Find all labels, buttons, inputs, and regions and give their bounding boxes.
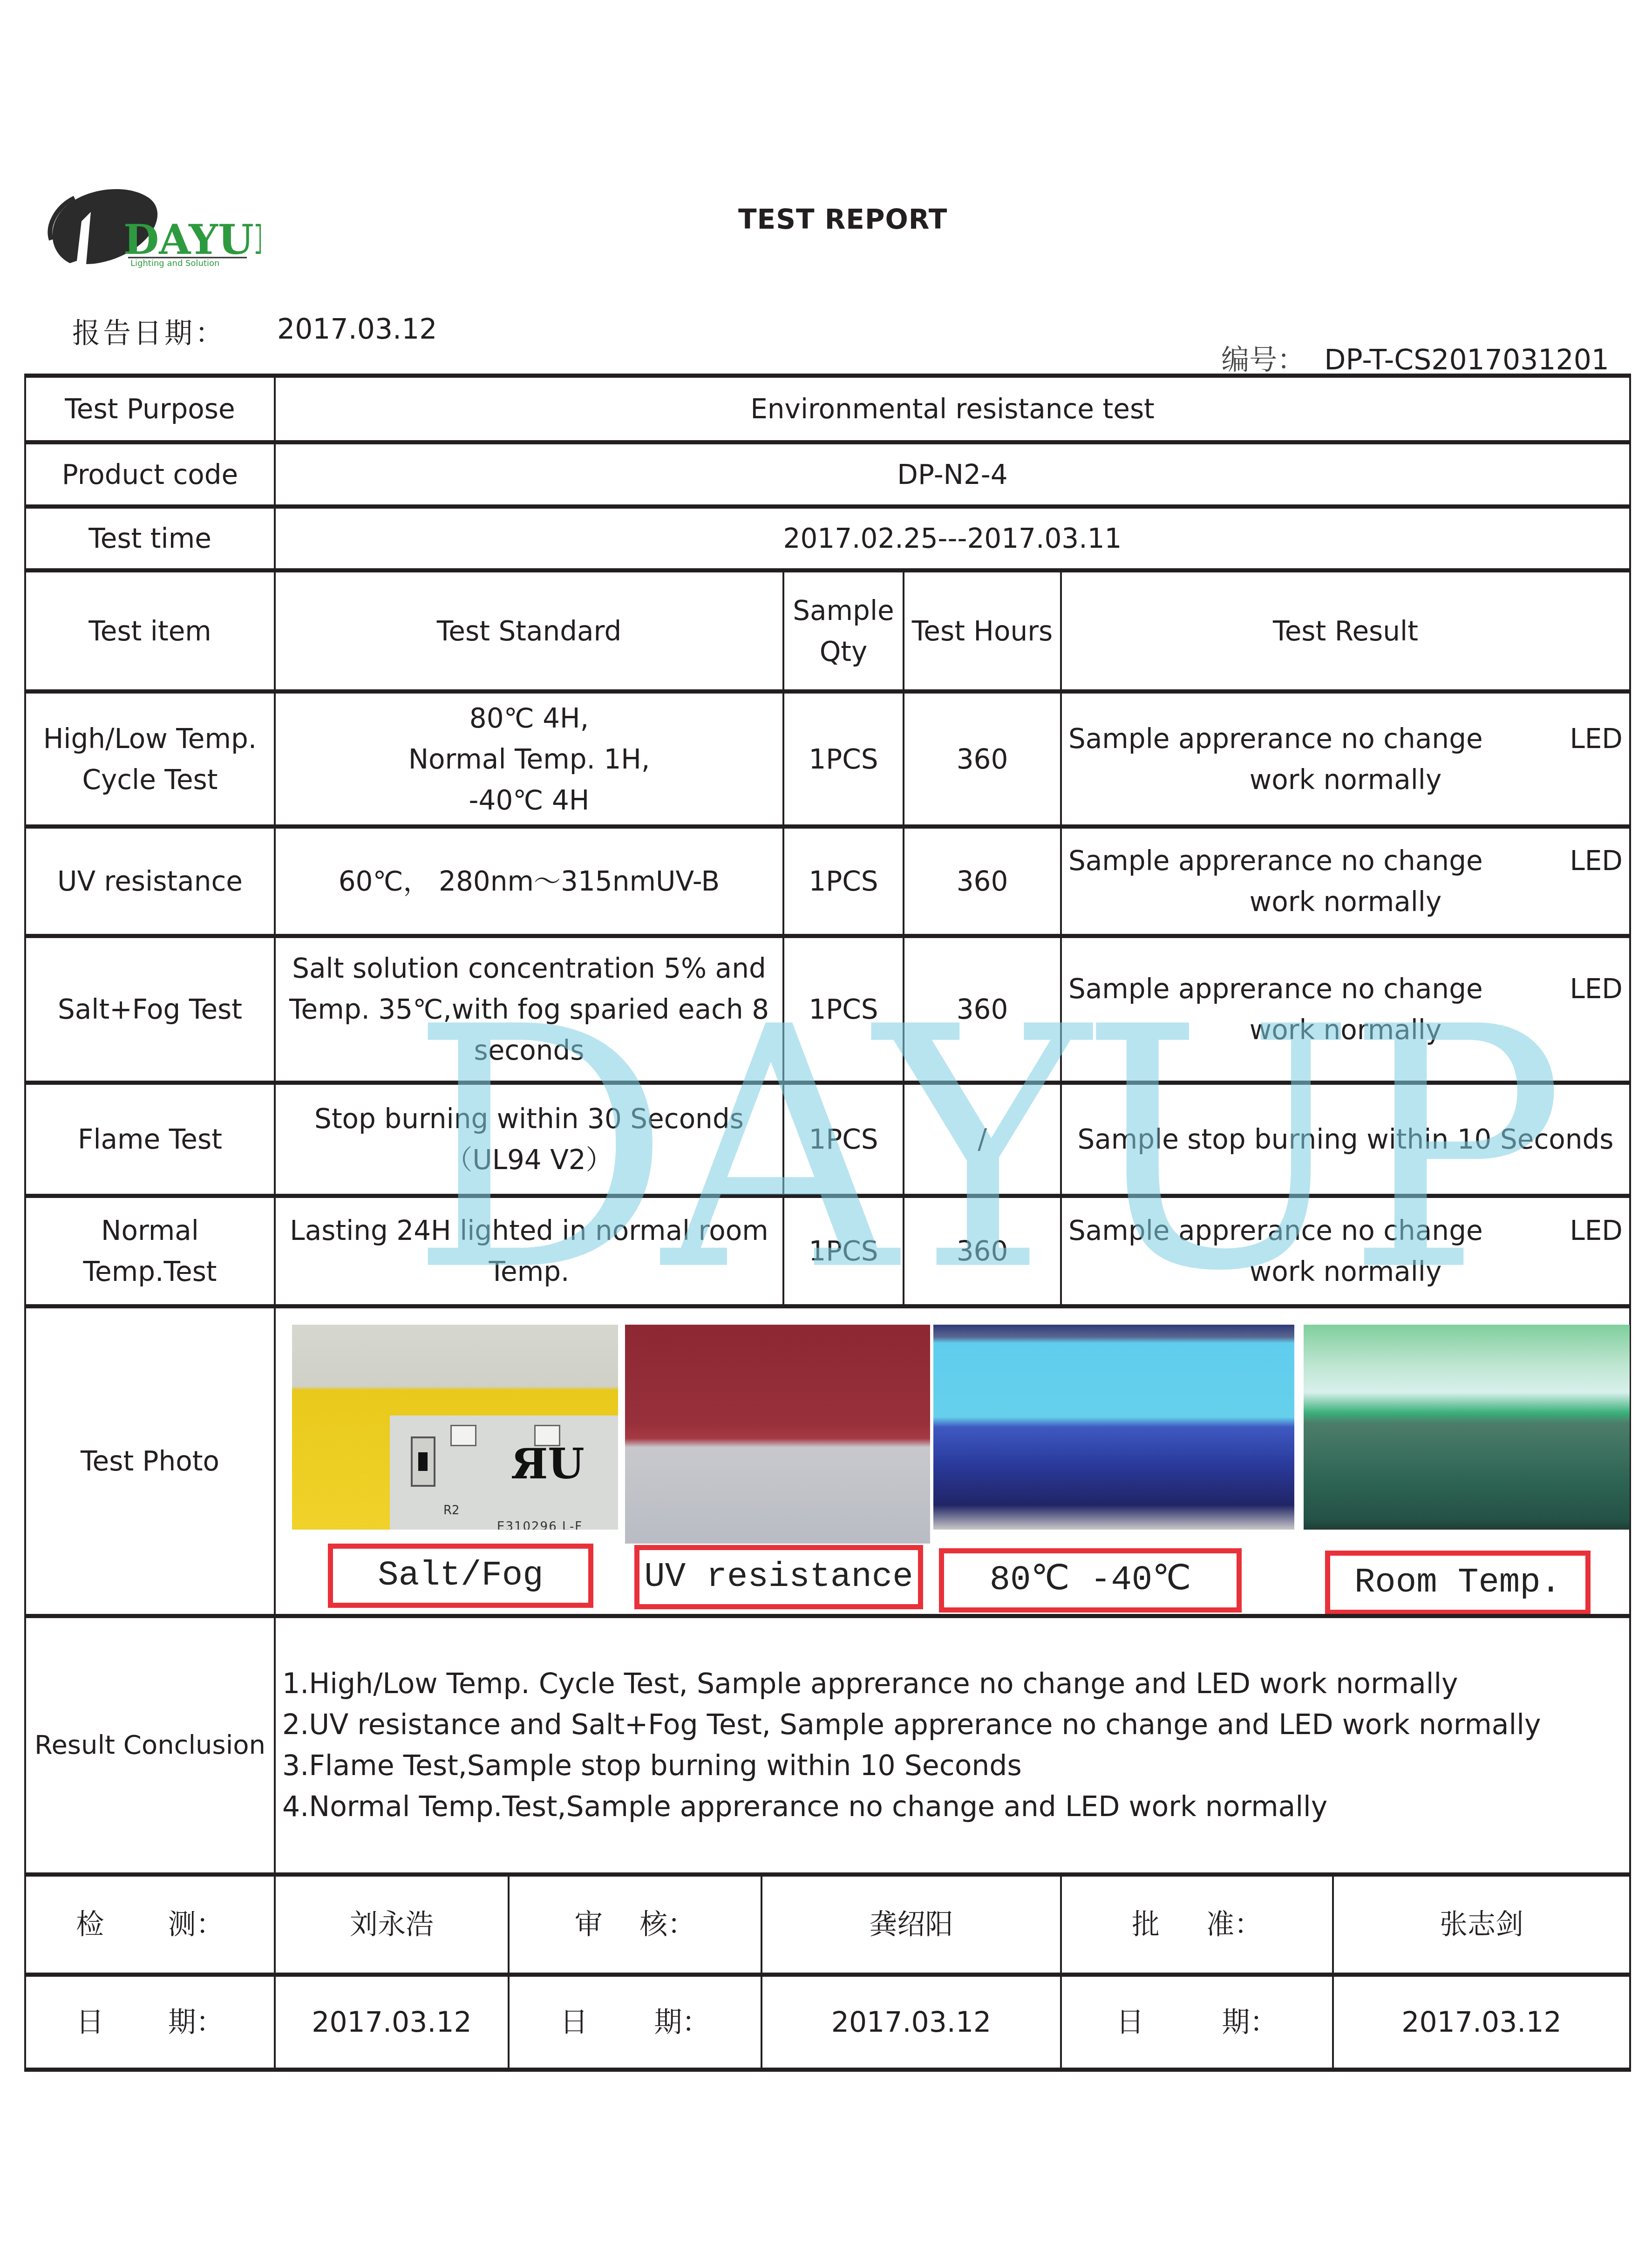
test-standard: Stop burning within 30 Seconds （UL94 V2） <box>274 1085 782 1194</box>
tested-date: 2017.03.12 <box>274 1977 508 2068</box>
test-row: Salt+Fog Test Salt solution concentratio… <box>24 934 1631 1081</box>
approved-by-label: 批 准： <box>1060 1877 1332 1973</box>
col-test-hours: Test Hours <box>903 572 1060 689</box>
report-title: TEST REPORT <box>738 204 947 235</box>
label-char: 日 <box>1116 2002 1144 2043</box>
test-result: Sample apprerance no change LED work nor… <box>1060 829 1631 934</box>
test-row: UV resistance 60℃， 280nm～315nmUV-B 1PCS … <box>24 824 1631 934</box>
reviewed-by-name: 龚绍阳 <box>761 1877 1060 1973</box>
test-standard-line: Temp. <box>290 1251 768 1292</box>
reviewed-date-label: 日 期： <box>508 1977 761 2068</box>
test-purpose-value: Environmental resistance test <box>274 378 1631 440</box>
label-char: 审 <box>575 1904 603 1945</box>
row-test-purpose: Test Purpose Environmental resistance te… <box>24 374 1631 440</box>
test-standard-line: Lasting 24H lighted in normal room <box>290 1210 768 1251</box>
sample-qty: 1PCS <box>782 1198 903 1304</box>
test-standard-line: seconds <box>289 1030 769 1071</box>
test-hours: 360 <box>903 938 1060 1081</box>
approved-by-name: 张志剑 <box>1332 1877 1631 1973</box>
test-result-line: work normally <box>1067 759 1625 800</box>
test-result: Sample apprerance no change LED work nor… <box>1060 1198 1631 1304</box>
sample-qty: 1PCS <box>782 938 903 1081</box>
test-hours: 360 <box>903 829 1060 934</box>
test-time-value: 2017.02.25---2017.03.11 <box>274 509 1631 568</box>
result-conclusion-label: Result Conclusion <box>24 1618 274 1872</box>
test-time-label: Test time <box>24 509 274 568</box>
test-standard: Salt solution concentration 5% and Temp.… <box>274 938 782 1081</box>
test-result-line: Sample apprerance no change <box>1067 968 1625 1009</box>
test-result-led: LED <box>1570 840 1623 881</box>
test-standard-line: -40℃ 4H <box>408 780 650 821</box>
test-hours: 360 <box>903 694 1060 824</box>
reviewed-date: 2017.03.12 <box>761 1977 1060 2068</box>
test-item: Flame Test <box>24 1085 274 1194</box>
approved-date: 2017.03.12 <box>1332 1977 1631 2068</box>
test-result-line: Sample apprerance no change <box>1067 840 1625 881</box>
label-char: 核： <box>639 1904 695 1945</box>
label-char: 日 <box>560 2002 588 2043</box>
test-report-table: Test Purpose Environmental resistance te… <box>24 374 1631 2072</box>
result-conclusion-row: Result Conclusion 1.High/Low Temp. Cycle… <box>24 1614 1631 1872</box>
test-hours: / <box>903 1085 1060 1194</box>
col-sample-qty: Sample Qty <box>782 572 903 689</box>
col-test-result: Test Result <box>1060 572 1631 689</box>
test-result-led: LED <box>1570 968 1623 1009</box>
test-photo-row: Test Photo ЯU R2 E310296 L-F Salt/Fog UV… <box>24 1304 1631 1614</box>
photo-salt-fog: ЯU R2 E310296 L-F <box>292 1325 618 1530</box>
test-row: Normal Temp.Test Lasting 24H lighted in … <box>24 1194 1631 1304</box>
ul-mark: ЯU <box>511 1443 585 1484</box>
photo-uv-resistance <box>625 1325 930 1544</box>
test-result-line: work normally <box>1067 881 1625 922</box>
col-test-item: Test item <box>24 572 274 689</box>
report-date-value: 2017.03.12 <box>277 313 437 346</box>
test-item: Salt+Fog Test <box>24 938 274 1081</box>
test-result: Sample apprerance no change LED work nor… <box>1060 694 1631 824</box>
signature-date-row: 日 期： 2017.03.12 日 期： 2017.03.12 日 期： 201… <box>24 1973 1631 2072</box>
label-char: 期： <box>168 2002 224 2043</box>
test-result-line: work normally <box>1067 1251 1625 1292</box>
col-sample-qty-label: Sample Qty <box>789 590 898 672</box>
report-date: 报告日期： 2017.03.12 <box>72 311 226 351</box>
label-char: 期： <box>654 2002 710 2043</box>
test-result-led: LED <box>1570 718 1623 759</box>
sample-qty: 1PCS <box>782 694 903 824</box>
test-result-led: LED <box>1570 1210 1623 1251</box>
test-result-line: Sample apprerance no change <box>1067 1210 1625 1251</box>
svg-text:Lighting and Solution: Lighting and Solution <box>130 259 219 268</box>
conclusion-line: 2.UV resistance and Salt+Fog Test, Sampl… <box>282 1704 1541 1745</box>
row-test-time: Test time 2017.02.25---2017.03.11 <box>24 504 1631 568</box>
row-product-code: Product code DP-N2-4 <box>24 440 1631 504</box>
board-ref: R2 <box>443 1490 460 1530</box>
conclusion-line: 1.High/Low Temp. Cycle Test, Sample appr… <box>282 1663 1541 1704</box>
test-standard-line: Normal Temp. 1H, <box>408 739 650 780</box>
test-item: Normal Temp.Test <box>24 1198 274 1304</box>
test-purpose-label: Test Purpose <box>24 378 274 440</box>
test-standard-line: 60℃， 280nm～315nmUV-B <box>339 861 720 902</box>
caption-room-temp: Room Temp. <box>1325 1551 1591 1615</box>
product-code-label: Product code <box>24 444 274 504</box>
signature-row: 检 测： 刘永浩 审 核： 龚绍阳 批 准： 张志剑 <box>24 1872 1631 1973</box>
test-standard-line: Stop burning within 30 Seconds <box>314 1098 744 1139</box>
test-photo-gallery: ЯU R2 E310296 L-F Salt/Fog UV resistance… <box>274 1308 1631 1614</box>
product-code-value: DP-N2-4 <box>274 444 1631 504</box>
board-code: E310296 L-F <box>497 1506 583 1530</box>
caption-salt-fog: Salt/Fog <box>328 1544 593 1608</box>
dayup-logo: DAYUP Lighting and Solution <box>42 184 261 268</box>
reviewed-by-label: 审 核： <box>508 1877 761 1973</box>
conclusion-line: 3.Flame Test,Sample stop burning within … <box>282 1745 1541 1786</box>
caption-high-low-temp: 80℃ -40℃ <box>939 1548 1242 1613</box>
test-photo-label: Test Photo <box>24 1308 274 1614</box>
led-chip-icon <box>450 1425 476 1446</box>
label-char: 日 <box>76 2002 104 2043</box>
test-row: High/Low Temp. Cycle Test 80℃ 4H, Normal… <box>24 689 1631 824</box>
label-char: 准： <box>1206 1904 1262 1945</box>
svg-text:DAYUP: DAYUP <box>123 215 261 264</box>
test-item: High/Low Temp. Cycle Test <box>24 694 274 824</box>
label-char: 检 <box>76 1904 104 1945</box>
report-date-label: 报告日期： <box>72 317 226 350</box>
sample-qty: 1PCS <box>782 829 903 934</box>
test-standard-line: （UL94 V2） <box>314 1139 744 1180</box>
result-conclusion-text: 1.High/Low Temp. Cycle Test, Sample appr… <box>274 1618 1631 1872</box>
test-result-line: work normally <box>1067 1009 1625 1050</box>
tested-by-label: 检 测： <box>24 1877 274 1973</box>
resistor-icon <box>411 1436 435 1487</box>
label-char: 测： <box>168 1904 224 1945</box>
test-result: Sample apprerance no change LED work nor… <box>1060 938 1631 1081</box>
test-standard-line: 80℃ 4H, <box>408 698 650 739</box>
report-number: 编号： DP-T-CS2017031201 <box>1221 338 1609 378</box>
test-result-line: Sample apprerance no change <box>1067 718 1625 759</box>
dayup-logo-icon: DAYUP Lighting and Solution <box>42 184 261 268</box>
test-result: Sample stop burning within 10 Seconds <box>1060 1085 1631 1194</box>
report-number-label: 编号： <box>1221 344 1305 376</box>
caption-uv-resistance: UV resistance <box>634 1545 923 1609</box>
tested-date-label: 日 期： <box>24 1977 274 2068</box>
tested-by-name: 刘永浩 <box>274 1877 508 1973</box>
test-standard: 60℃， 280nm～315nmUV-B <box>274 829 782 934</box>
test-row: Flame Test Stop burning within 30 Second… <box>24 1081 1631 1194</box>
photo-room-temp <box>1304 1325 1630 1530</box>
test-item-label: Normal Temp.Test <box>80 1210 220 1292</box>
test-standard: Lasting 24H lighted in normal room Temp. <box>274 1198 782 1304</box>
conclusion-line: 4.Normal Temp.Test,Sample apprerance no … <box>282 1786 1541 1827</box>
label-char: 期： <box>1222 2002 1278 2043</box>
test-hours: 360 <box>903 1198 1060 1304</box>
sample-qty: 1PCS <box>782 1085 903 1194</box>
report-number-value: DP-T-CS2017031201 <box>1324 344 1609 376</box>
col-test-standard: Test Standard <box>274 572 782 689</box>
label-char: 批 <box>1132 1904 1160 1945</box>
test-standard: 80℃ 4H, Normal Temp. 1H, -40℃ 4H <box>274 694 782 824</box>
photo-high-low-temp <box>933 1325 1294 1530</box>
test-standard-line: Salt solution concentration 5% and <box>289 948 769 989</box>
test-item: UV resistance <box>24 829 274 934</box>
column-header-row: Test item Test Standard Sample Qty Test … <box>24 568 1631 689</box>
test-standard-line: Temp. 35℃,with fog sparied each 8 <box>289 989 769 1030</box>
approved-date-label: 日 期： <box>1060 1977 1332 2068</box>
